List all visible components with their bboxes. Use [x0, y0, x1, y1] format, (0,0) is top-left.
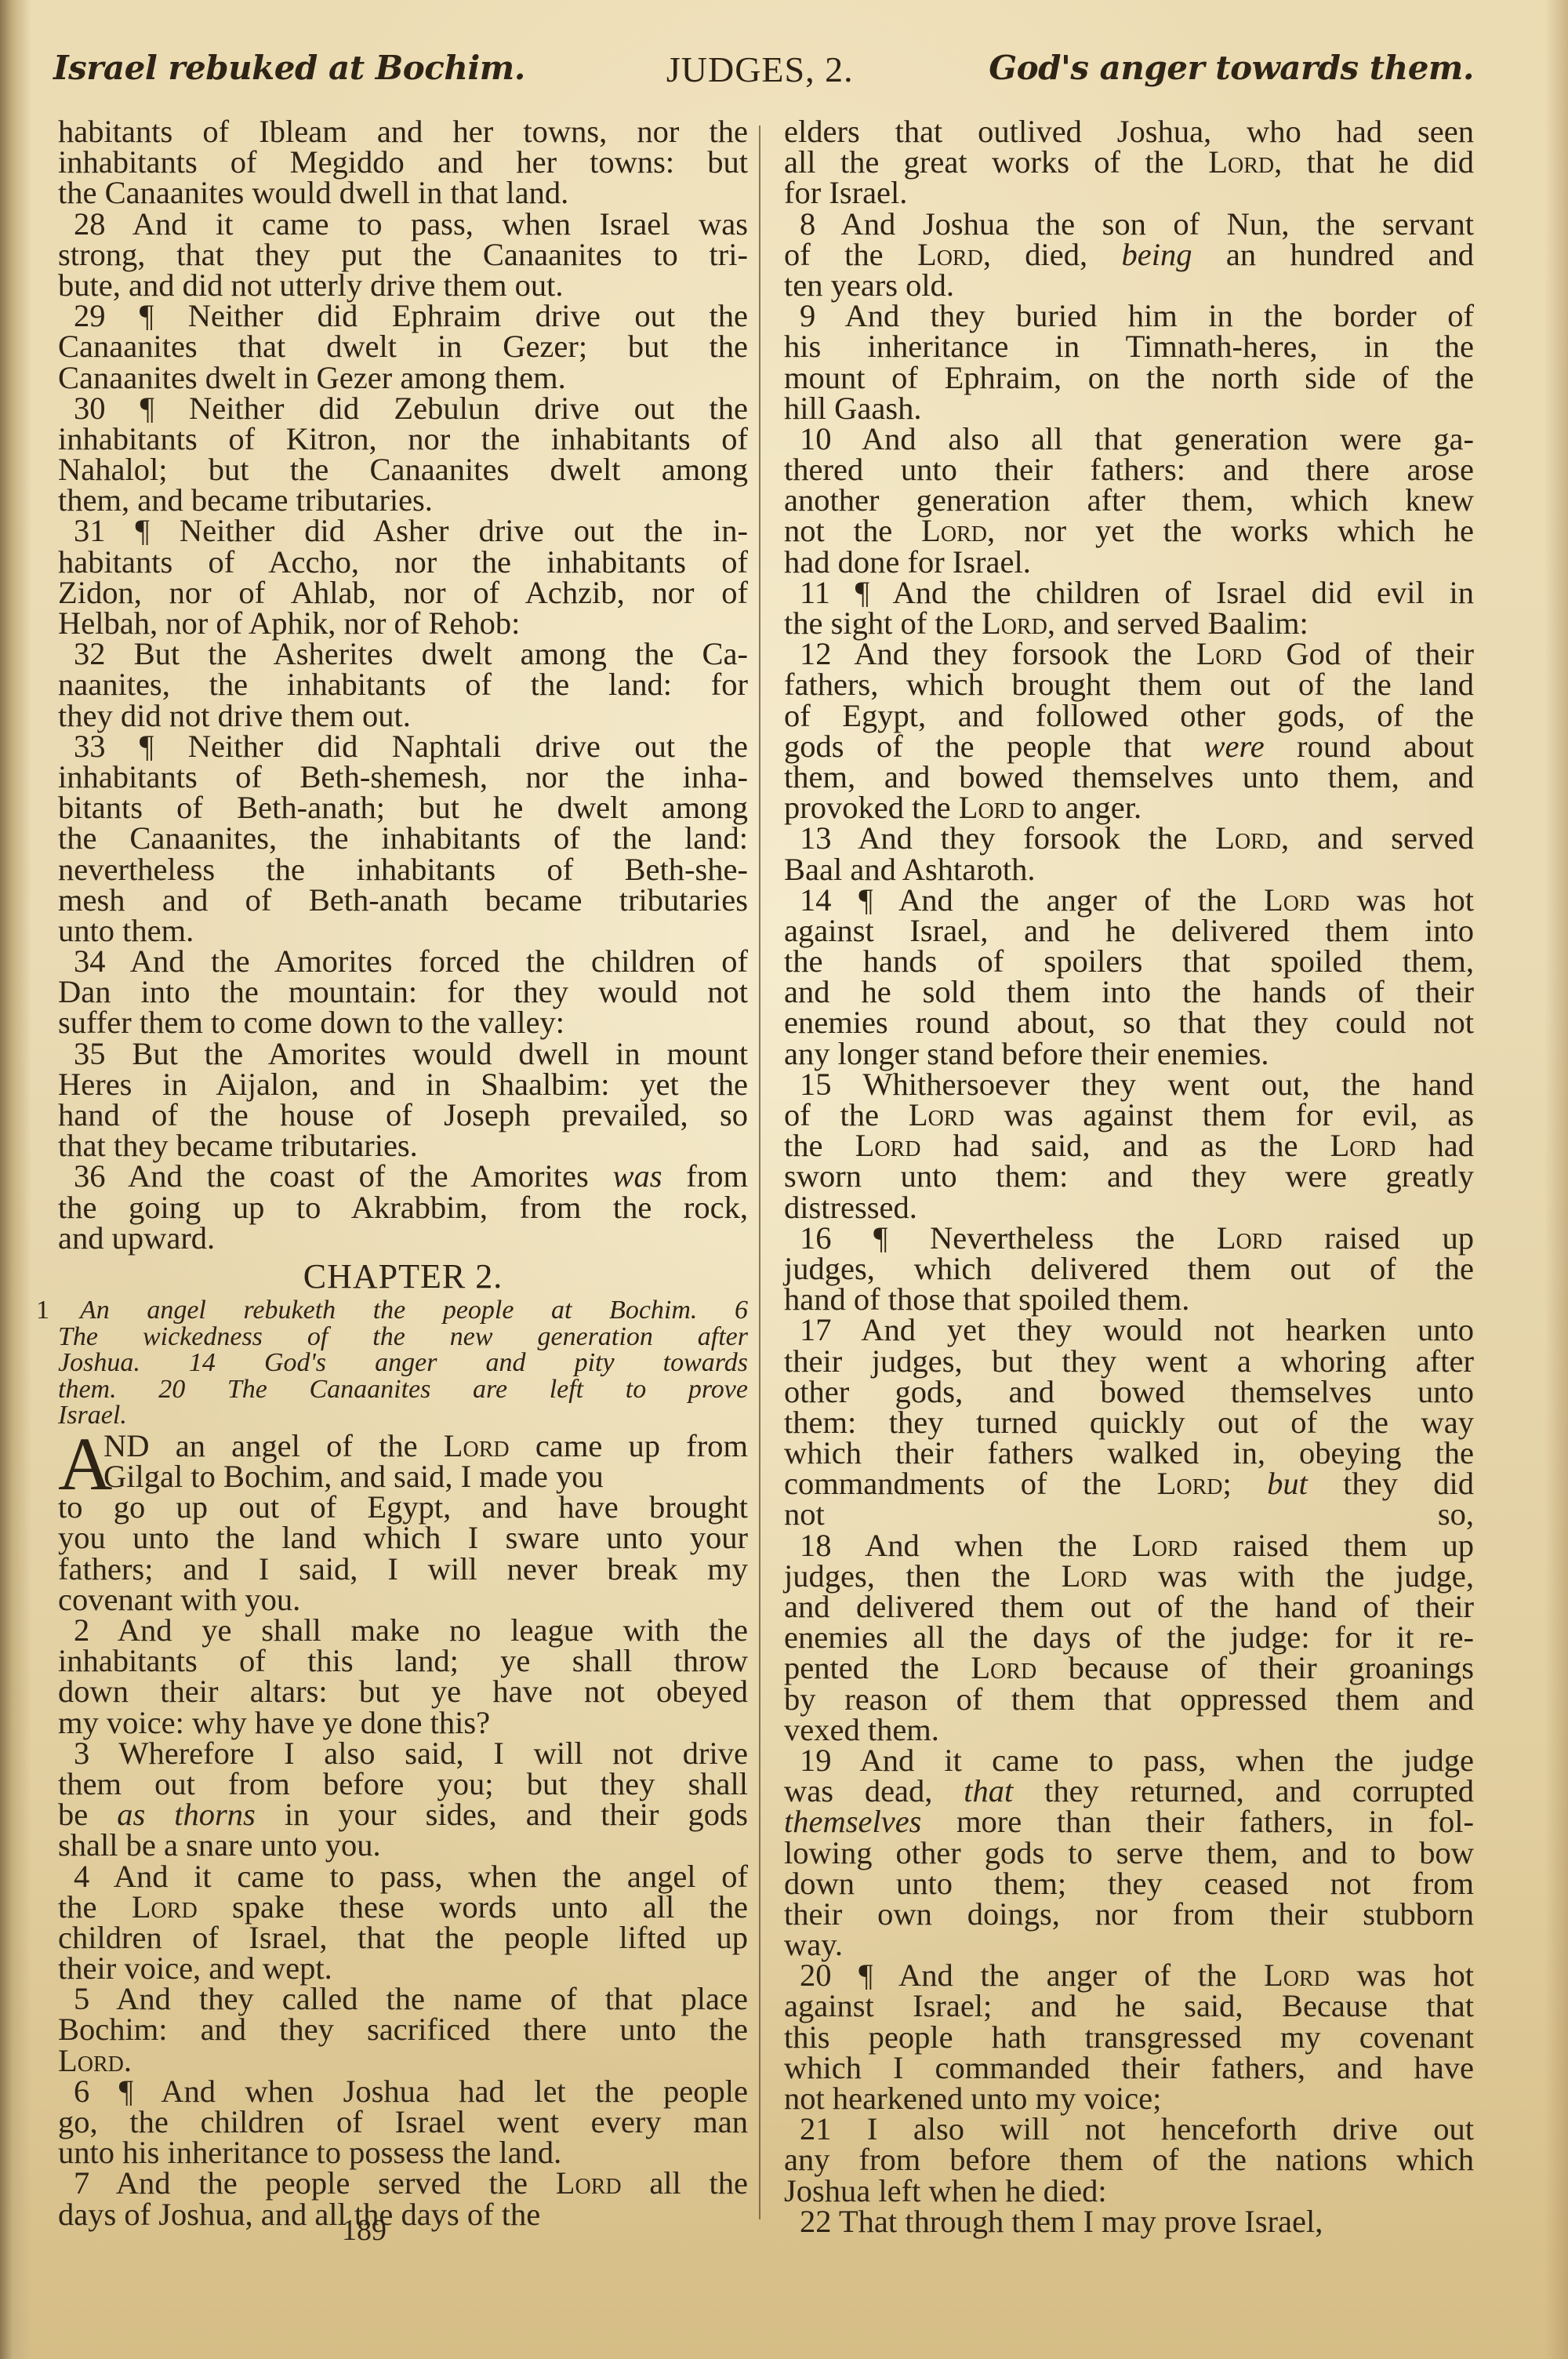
text-line: enemies round about, so that they could … — [784, 1007, 1474, 1038]
summary-text: An angel rebuketh the people at Bochim. … — [80, 1296, 748, 1325]
text-line: 2 And ye shall make no league with the — [58, 1615, 748, 1645]
text-line: Bochim: and they sacrificed there unto t… — [58, 2014, 748, 2045]
text-line: unto them. — [58, 915, 748, 946]
text-line: all the great works of the Lord, that he… — [784, 147, 1474, 177]
summary-line: The wickedness of the new generation aft… — [80, 1324, 748, 1350]
text-line: 21 I also will not henceforth drive out — [784, 2114, 1474, 2144]
text-line: 19 And it came to pass, when the judge — [784, 1745, 1474, 1776]
column-divider — [759, 125, 760, 2219]
text-line: and he sold them into the hands of their — [784, 976, 1474, 1007]
chapter-heading: CHAPTER 2. — [58, 1256, 748, 1297]
summary-text: them. 20 The Canaanites are left to prov… — [58, 1375, 748, 1404]
text-line: hill Gaash. — [784, 393, 1474, 423]
text-line: nevertheless the inhabitants of Beth-she… — [58, 854, 748, 885]
drop-cap: A — [58, 1434, 112, 1495]
text-line: and upward. — [58, 1223, 748, 1253]
running-head-left: Israel rebuked at Bochim. — [53, 49, 525, 87]
text-line: Canaanites that dwelt in Gezer; but the — [58, 331, 748, 362]
text-line: Helbah, nor of Aphik, nor of Rehob: — [58, 608, 748, 638]
text-line: vexed them. — [784, 1714, 1474, 1745]
text-line: 32 But the Asherites dwelt among the Ca- — [58, 638, 748, 669]
text-line: not hearkened unto my voice; — [784, 2083, 1474, 2114]
text-line: 7 And the people served the Lord all the — [58, 2168, 748, 2198]
text-line: fathers, which brought them out of the l… — [784, 669, 1474, 700]
text-line: the Canaanites would dwell in that land. — [58, 177, 748, 208]
text-line: hand of the house of Joseph prevailed, s… — [58, 1100, 748, 1130]
text-run: an hundred and — [1192, 237, 1475, 272]
text-line: themselves more than their fathers, in f… — [784, 1806, 1474, 1837]
text-line: 18 And when the Lord raised them up — [784, 1530, 1474, 1561]
text-line: his inheritance in Timnath-heres, in the — [784, 331, 1474, 362]
text-line: 28 And it came to pass, when Israel was — [58, 209, 748, 239]
right-column-verses: elders that outlived Joshua, who had see… — [784, 116, 1474, 2237]
text-line: Dan into the mountain: for they would no… — [58, 976, 748, 1007]
text-line: Nahalol; but the Canaanites dwelt among — [58, 454, 748, 485]
text-line: gods of the people that were round about — [784, 731, 1474, 761]
text-line: be as thorns in your sides, and their go… — [58, 1799, 748, 1830]
text-run: and upward. — [58, 1220, 215, 1256]
text-line: 8 And Joshua the son of Nun, the servant — [784, 209, 1474, 239]
text-line: by reason of them that oppressed them an… — [784, 1684, 1474, 1714]
text-line: was dead, that they returned, and corrup… — [784, 1776, 1474, 1806]
text-line: against Israel; and he said, Because tha… — [784, 1990, 1474, 2021]
running-head: Israel rebuked at Bochim. JUDGES, 2. God… — [53, 49, 1474, 99]
text-line: my voice: why have ye done this? — [58, 1707, 748, 1738]
summary-text: Joshua. 14 God's anger and pity towards — [58, 1348, 748, 1377]
text-line: commandments of the Lord; but they did — [784, 1468, 1474, 1499]
text-line: mesh and of Beth-anath became tributarie… — [58, 885, 748, 915]
text-line: Lord. — [58, 2045, 748, 2076]
text-line: bute, and did not utterly drive them out… — [58, 270, 748, 300]
summary-line: 1An angel rebuketh the people at Bochim.… — [80, 1297, 748, 1324]
text-line: any from before them of the nations whic… — [784, 2144, 1474, 2175]
text-line: 9 And they buried him in the border of — [784, 300, 1474, 331]
text-line: hand of those that spoiled them. — [784, 1284, 1474, 1314]
text-line: of the Lord was against them for evil, a… — [784, 1100, 1474, 1130]
text-line: the Lord had said, and as the Lord had — [784, 1130, 1474, 1161]
text-line: 31 ¶ Neither did Asher drive out the in- — [58, 515, 748, 546]
text-run: , died, — [983, 237, 1122, 272]
text-line: you unto the land which I sware unto you… — [58, 1522, 748, 1553]
page-number: 189 — [342, 2213, 387, 2248]
running-head-book-chapter: JUDGES, 2. — [666, 49, 854, 90]
text-line: their voice, and wept. — [58, 1953, 748, 1983]
italic-word: being — [1122, 237, 1192, 272]
text-run: Bochim: and they sacrificed there unto t… — [58, 2012, 748, 2047]
text-line: children of Israel, that the people lift… — [58, 1922, 748, 1953]
text-line: 10 And also all that generation were ga- — [784, 423, 1474, 454]
chapter-summary: 1An angel rebuketh the people at Bochim.… — [58, 1297, 748, 1429]
text-line: of the Lord, died, being an hundred and — [784, 239, 1474, 270]
chapter-summary-lines: 1An angel rebuketh the people at Bochim.… — [80, 1297, 748, 1429]
text-line: 14 ¶ And the anger of the Lord was hot — [784, 885, 1474, 915]
text-line: not so, — [784, 1499, 1474, 1529]
text-line: ND an angel of the Lord came up from — [58, 1430, 748, 1461]
text-run: , that he did — [1274, 144, 1474, 180]
text-line: 33 ¶ Neither did Naphtali drive out the — [58, 731, 748, 761]
text-line: covenant with you. — [58, 1584, 748, 1615]
text-line: enemies all the days of the judge: for i… — [784, 1622, 1474, 1652]
summary-text: The wickedness of the new generation aft… — [58, 1322, 748, 1351]
text-line: inhabitants of this land; ye shall throw — [58, 1645, 748, 1676]
text-line: days of Joshua, and all the days of the — [58, 2199, 748, 2230]
text-line: which I commanded their fathers, and hav… — [784, 2052, 1474, 2083]
left-column-verses-bottom: to go up out of Egypt, and have broughty… — [58, 1492, 748, 2230]
text-line: shall be a snare unto you. — [58, 1830, 748, 1860]
text-run: Gilgal to Bochim, and said, I made you — [103, 1459, 604, 1494]
text-line: 6 ¶ And when Joshua had let the people — [58, 2076, 748, 2106]
left-column-verses-top: habitants of Ibleam and her towns, nor t… — [58, 116, 748, 1253]
text-line: distressed. — [784, 1192, 1474, 1223]
text-line: not the Lord, nor yet the works which he — [784, 515, 1474, 546]
text-line: the hands of spoilers that spoiled them, — [784, 946, 1474, 976]
text-line: bitants of Beth-anath; but he dwelt amon… — [58, 792, 748, 823]
text-line: fathers; and I said, I will never break … — [58, 1554, 748, 1584]
chapter-opening: A ND an angel of the Lord came up fromGi… — [58, 1430, 748, 1492]
right-column: elders that outlived Joshua, who had see… — [784, 116, 1474, 2237]
text-line: way. — [784, 1929, 1474, 1960]
text-line: 15 Whithersoever they went out, the hand — [784, 1069, 1474, 1100]
small-caps-lord: Lord — [556, 2165, 622, 2201]
text-line: them out from before you; but they shall — [58, 1768, 748, 1799]
text-line: them: they turned quickly out of the way — [784, 1407, 1474, 1438]
text-line: thered unto their fathers: and there aro… — [784, 454, 1474, 485]
text-line: pented the Lord because of their groanin… — [784, 1652, 1474, 1683]
text-line: 22 That through them I may prove Israel, — [784, 2206, 1474, 2237]
text-line: they did not drive them out. — [58, 700, 748, 731]
bible-page: Israel rebuked at Bochim. JUDGES, 2. God… — [0, 0, 1568, 2359]
text-line: inhabitants of Megiddo and her towns: bu… — [58, 147, 748, 177]
text-line: for Israel. — [784, 177, 1474, 208]
text-line: 16 ¶ Nevertheless the Lord raised up — [784, 1223, 1474, 1253]
text-line: 3 Wherefore I also said, I will not driv… — [58, 1738, 748, 1768]
text-line: this people hath transgressed my covenan… — [784, 2022, 1474, 2052]
text-line: Zidon, nor of Ahlab, nor of Achzib, nor … — [58, 577, 748, 608]
text-line: 30 ¶ Neither did Zebulun drive out the — [58, 393, 748, 423]
text-line: 34 And the Amorites forced the children … — [58, 946, 748, 976]
text-line: Heres in Aijalon, and in Shaalbim: yet t… — [58, 1069, 748, 1100]
text-run: all the — [622, 2165, 748, 2201]
text-line: any longer stand before their enemies. — [784, 1038, 1474, 1069]
text-line: lowing other gods to serve them, and to … — [784, 1837, 1474, 1868]
summary-line: Joshua. 14 God's anger and pity towards — [80, 1350, 748, 1376]
text-line: their own doings, nor from their stubbor… — [784, 1899, 1474, 1929]
text-line: and delivered them out of the hand of th… — [784, 1591, 1474, 1622]
text-run: 22 That through them I may prove Israel, — [800, 2204, 1323, 2239]
text-line: against Israel, and he delivered them in… — [784, 915, 1474, 946]
text-line: provoked the Lord to anger. — [784, 792, 1474, 823]
text-line: naanites, the inhabitants of the land: f… — [58, 669, 748, 700]
text-line: Gilgal to Bochim, and said, I made you — [58, 1461, 748, 1492]
text-line: mount of Ephraim, on the north side of t… — [784, 362, 1474, 393]
text-line: 11 ¶ And the children of Israel did evil… — [784, 577, 1474, 608]
text-line: that they became tributaries. — [58, 1130, 748, 1161]
text-line: the going up to Akrabbim, from the rock, — [58, 1192, 748, 1223]
text-line: 20 ¶ And the anger of the Lord was hot — [784, 1960, 1474, 1990]
text-run: , nor yet the works which he — [987, 513, 1474, 548]
small-caps-lord: Lord — [1215, 820, 1281, 856]
text-line: their judges, but they went a whoring af… — [784, 1346, 1474, 1376]
text-line: to go up out of Egypt, and have brought — [58, 1492, 748, 1522]
text-run: , and served — [1281, 820, 1474, 856]
text-line: Canaanites dwelt in Gezer among them. — [58, 362, 748, 393]
text-line: the sight of the Lord, and served Baalim… — [784, 608, 1474, 638]
text-line: them, and bowed themselves unto them, an… — [784, 761, 1474, 792]
text-line: another generation after them, which kne… — [784, 485, 1474, 515]
text-line: ten years old. — [784, 270, 1474, 300]
text-line: had done for Israel. — [784, 547, 1474, 577]
summary-number: 1 — [58, 1297, 80, 1324]
text-line: inhabitants of Beth-shemesh, nor the inh… — [58, 761, 748, 792]
text-line: judges, which delivered them out of the — [784, 1253, 1474, 1284]
text-line: of Egypt, and followed other gods, of th… — [784, 700, 1474, 731]
text-line: elders that outlived Joshua, who had see… — [784, 116, 1474, 147]
text-run: their own doings, nor from their stubbor… — [784, 1896, 1474, 1932]
summary-line: them. 20 The Canaanites are left to prov… — [80, 1376, 748, 1403]
text-line: habitants of Ibleam and her towns, nor t… — [58, 116, 748, 147]
text-line: the Lord spake these words unto all the — [58, 1892, 748, 1922]
text-line: down unto them; they ceased not from — [784, 1868, 1474, 1899]
text-line: sworn unto them: and they were greatly — [784, 1161, 1474, 1191]
text-line: other gods, and bowed themselves unto — [784, 1376, 1474, 1407]
text-line: strong, that they put the Canaanites to … — [58, 239, 748, 270]
text-line: Baal and Ashtaroth. — [784, 854, 1474, 885]
text-line: 12 And they forsook the Lord God of thei… — [784, 638, 1474, 669]
text-line: 17 And yet they would not hearken unto — [784, 1314, 1474, 1345]
text-line: 36 And the coast of the Amorites was fro… — [58, 1161, 748, 1191]
text-line: judges, then the Lord was with the judge… — [784, 1561, 1474, 1591]
text-line: which their fathers walked in, obeying t… — [784, 1438, 1474, 1468]
text-line: down their altars: but ye have not obeye… — [58, 1676, 748, 1707]
small-caps-lord: Lord — [1208, 144, 1274, 180]
text-line: inhabitants of Kitron, nor the inhabitan… — [58, 423, 748, 454]
text-line: them, and became tributaries. — [58, 485, 748, 515]
text-line: unto his inheritance to possess the land… — [58, 2137, 748, 2168]
text-line: 35 But the Amorites would dwell in mount — [58, 1038, 748, 1069]
drop-cap-lines: ND an angel of the Lord came up fromGilg… — [58, 1430, 748, 1492]
text-line: 4 And it came to pass, when the angel of — [58, 1861, 748, 1892]
text-line: 5 And they called the name of that place — [58, 1983, 748, 2014]
text-line: go, the children of Israel went every ma… — [58, 2106, 748, 2137]
text-line: the Canaanites, the inhabitants of the l… — [58, 823, 748, 853]
text-line: suffer them to come down to the valley: — [58, 1007, 748, 1038]
running-head-right: God's anger towards them. — [989, 49, 1474, 87]
text-run: days of Joshua, and all the days of the — [58, 2197, 540, 2232]
text-line: 13 And they forsook the Lord, and served — [784, 823, 1474, 853]
text-line: Joshua left when he died: — [784, 2175, 1474, 2206]
summary-line: Israel. — [80, 1402, 748, 1429]
text-line: habitants of Accho, nor the inhabitants … — [58, 547, 748, 577]
text-line: 29 ¶ Neither did Ephraim drive out the — [58, 300, 748, 331]
left-column: habitants of Ibleam and her towns, nor t… — [58, 116, 748, 2230]
